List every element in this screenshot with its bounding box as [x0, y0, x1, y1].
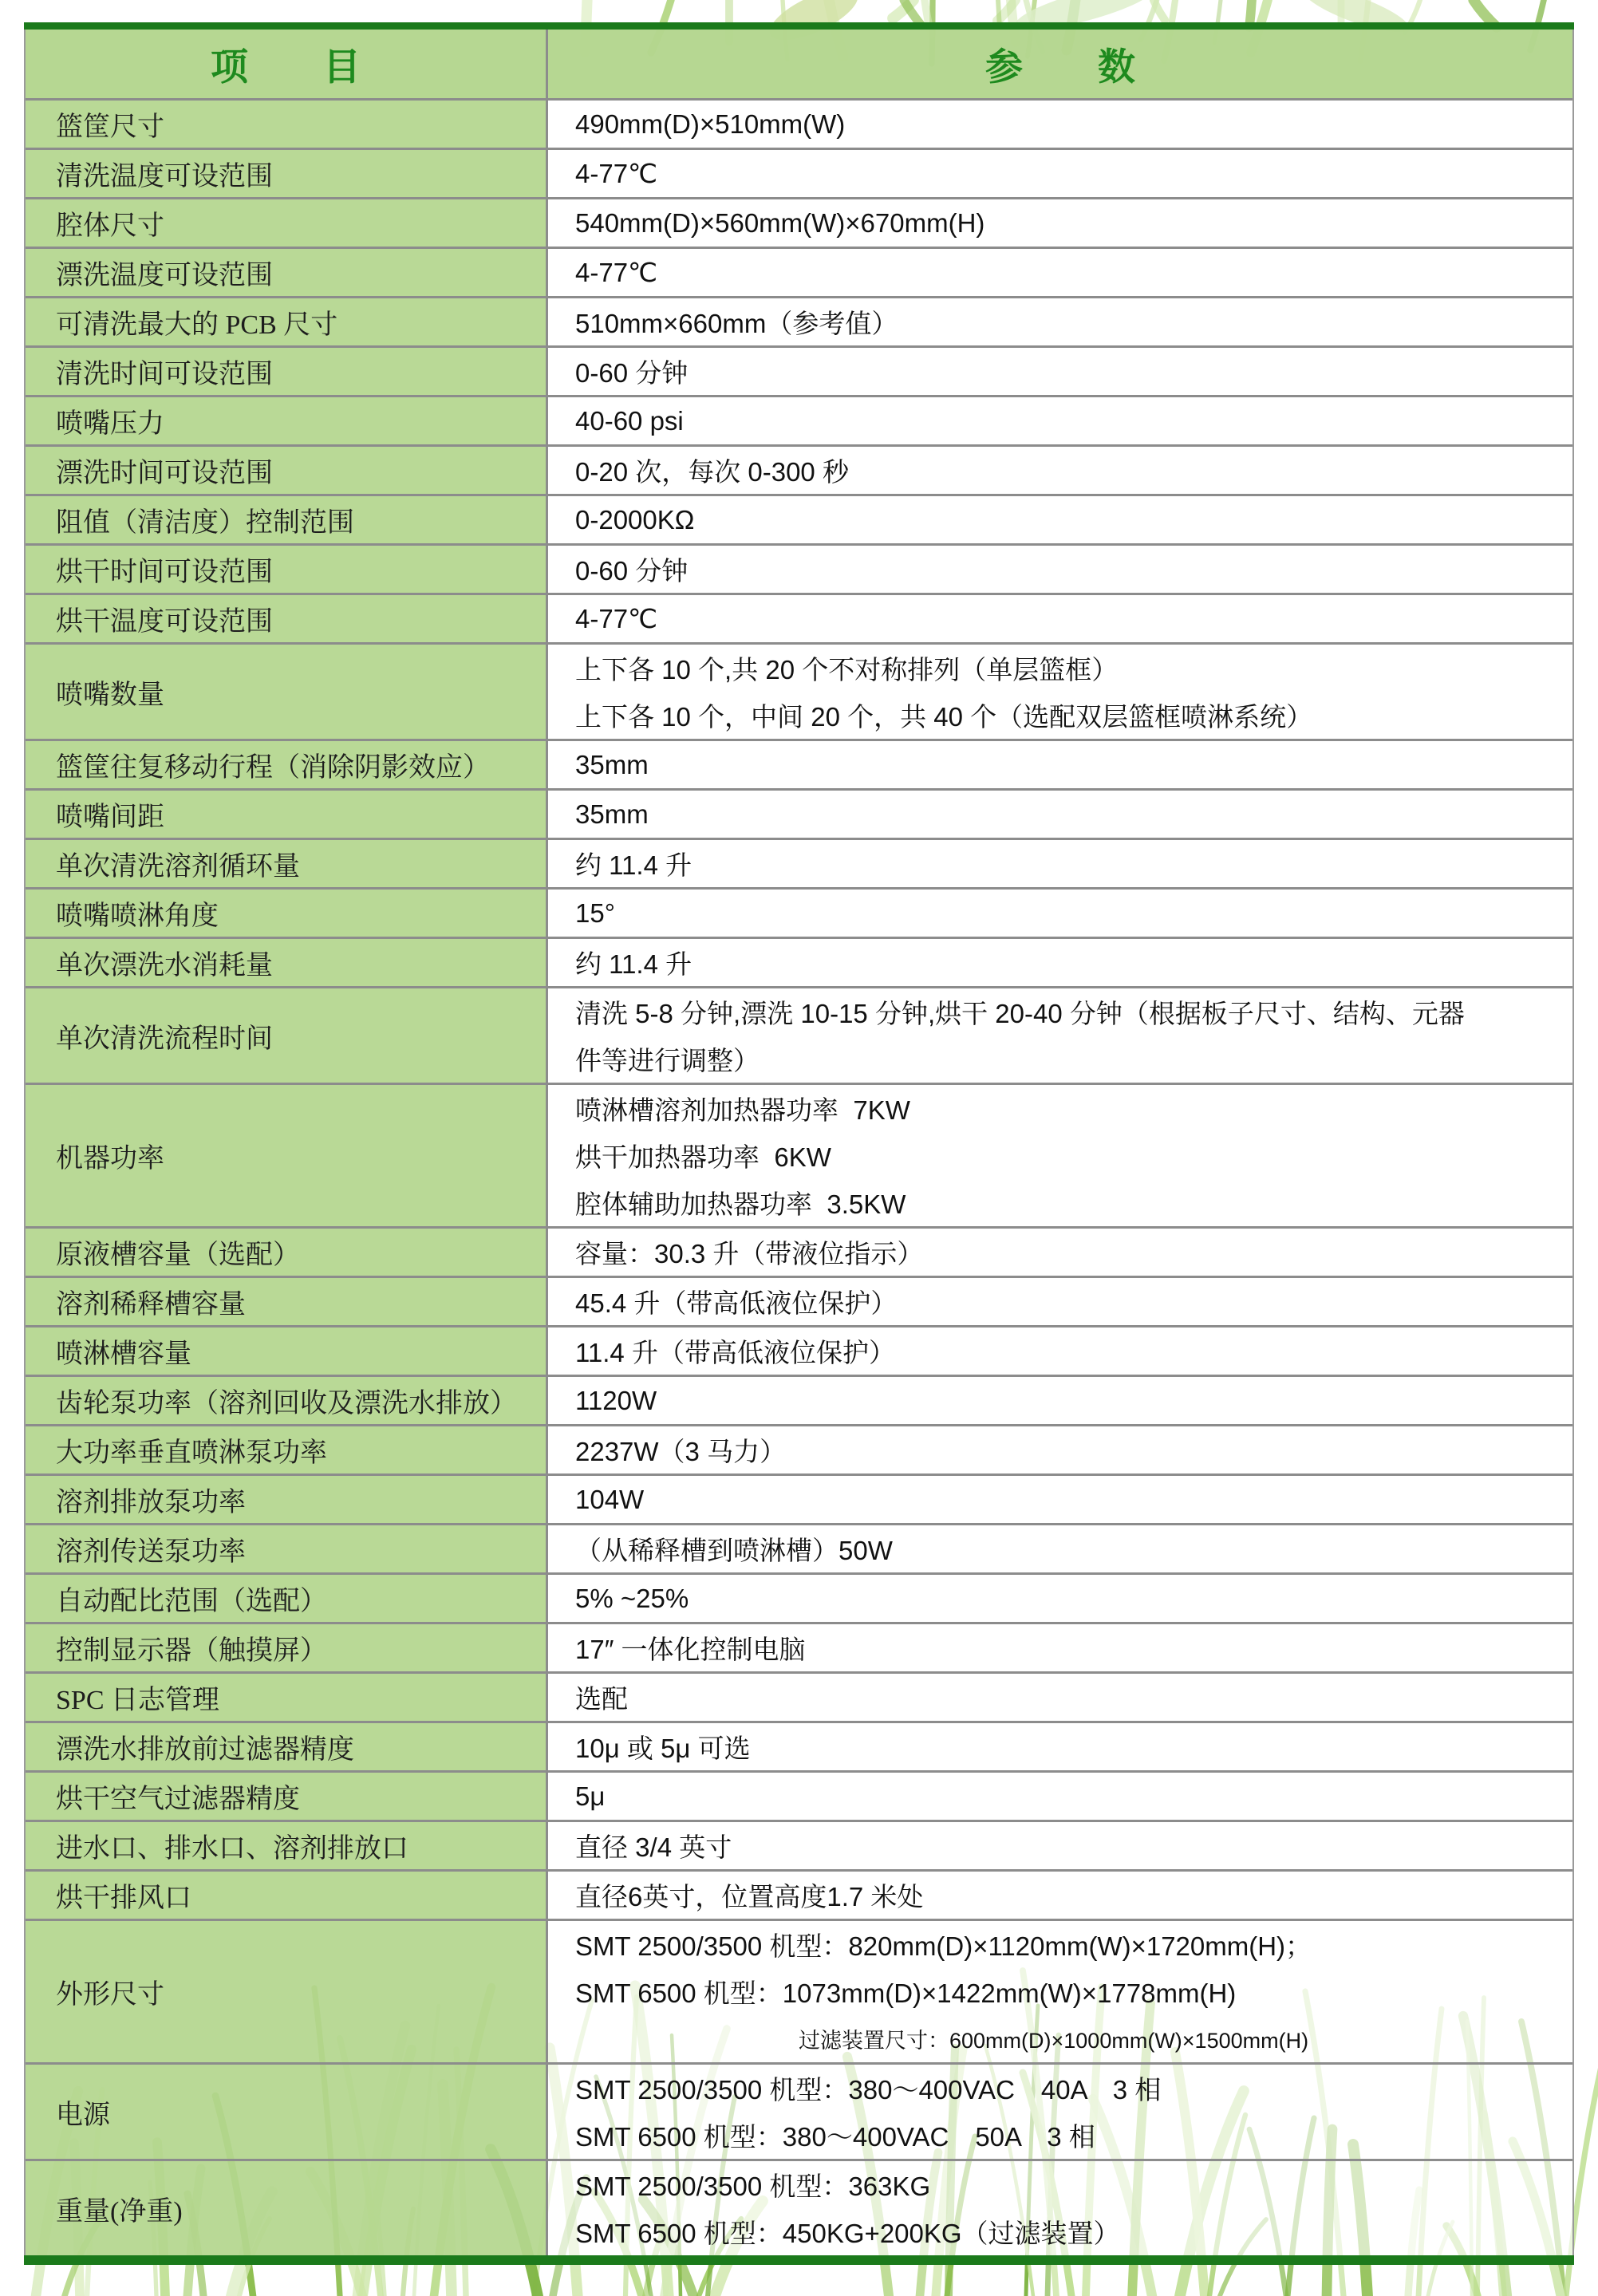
value-cell: 0-60 分钟 — [546, 543, 1572, 593]
value-line: 清洗 5-8 分钟,漂洗 10-15 分钟,烘干 20-40 分钟（根据板子尺寸… — [575, 988, 1572, 1036]
item-cell: 机器功率 — [26, 1083, 546, 1226]
header-param-cell: 参 数 — [546, 30, 1572, 98]
item-label: 漂洗水排放前过滤器精度 — [56, 1723, 546, 1770]
item-cell: 齿轮泵功率（溶剂回收及漂洗水排放） — [26, 1375, 546, 1424]
value-line: 0-60 分钟 — [575, 546, 1572, 593]
item-label: 清洗温度可设范围 — [56, 150, 546, 197]
value-cell: 清洗 5-8 分钟,漂洗 10-15 分钟,烘干 20-40 分钟（根据板子尺寸… — [546, 986, 1572, 1083]
table-row: 机器功率喷淋槽溶剂加热器功率 7KW烘干加热器功率 6KW腔体辅助加热器功率 3… — [26, 1083, 1572, 1226]
table-header-row: 项 目 参 数 — [26, 30, 1572, 98]
value-cell: 11.4 升（带高低液位保护） — [546, 1325, 1572, 1375]
value-cell: SMT 2500/3500 机型：363KGSMT 6500 机型：450KG+… — [546, 2159, 1572, 2255]
value-line: 540mm(D)×560mm(W)×670mm(H) — [575, 199, 1572, 247]
value-line: 约 11.4 升 — [575, 939, 1572, 986]
value-cell: 直径6英寸，位置高度1.7 米处 — [546, 1869, 1572, 1919]
item-cell: 喷嘴压力 — [26, 395, 546, 444]
table-row: 单次清洗流程时间清洗 5-8 分钟,漂洗 10-15 分钟,烘干 20-40 分… — [26, 986, 1572, 1083]
item-cell: 阻值（清洁度）控制范围 — [26, 494, 546, 543]
value-cell: 上下各 10 个,共 20 个不对称排列（单层篮框）上下各 10 个，中间 20… — [546, 642, 1572, 739]
value-line: 45.4 升（带高低液位保护） — [575, 1278, 1572, 1325]
value-line: 40-60 psi — [575, 397, 1572, 444]
item-label: 单次清洗溶剂循环量 — [56, 840, 546, 887]
item-label: 单次漂洗水消耗量 — [56, 939, 546, 986]
item-label: 单次清洗流程时间 — [56, 1012, 546, 1059]
item-label: 溶剂排放泵功率 — [56, 1476, 546, 1523]
item-label: 烘干时间可设范围 — [56, 546, 546, 593]
table-row: 喷嘴压力40-60 psi — [26, 395, 1572, 444]
item-label: 篮筐往复移动行程（消除阴影效应） — [56, 741, 546, 788]
value-cell: 10μ 或 5μ 可选 — [546, 1721, 1572, 1770]
spec-table: 项 目 参 数 篮筐尺寸490mm(D)×510mm(W)清洗温度可设范围4-7… — [24, 30, 1574, 2255]
value-line: （从稀释槽到喷淋槽）50W — [575, 1525, 1572, 1572]
item-cell: 漂洗温度可设范围 — [26, 247, 546, 296]
table-row: 溶剂传送泵功率（从稀释槽到喷淋槽）50W — [26, 1523, 1572, 1572]
item-label: 自动配比范围（选配） — [56, 1575, 546, 1622]
value-cell: 15° — [546, 887, 1572, 937]
item-label: 喷嘴数量 — [56, 669, 546, 716]
item-cell: 外形尺寸 — [26, 1919, 546, 2062]
spec-table-container: 项 目 参 数 篮筐尺寸490mm(D)×510mm(W)清洗温度可设范围4-7… — [24, 22, 1574, 2265]
value-cell: 4-77℃ — [546, 148, 1572, 197]
table-row: 清洗时间可设范围0-60 分钟 — [26, 345, 1572, 395]
table-row: 烘干排风口直径6英寸，位置高度1.7 米处 — [26, 1869, 1572, 1919]
item-label: 篮筐尺寸 — [56, 101, 546, 148]
value-line: 104W — [575, 1476, 1572, 1523]
item-label: 重量(净重) — [56, 2185, 546, 2232]
value-line: 0-2000KΩ — [575, 496, 1572, 543]
table-row: 大功率垂直喷淋泵功率2237W（3 马力） — [26, 1424, 1572, 1473]
item-label: 喷嘴压力 — [56, 397, 546, 444]
item-label: 清洗时间可设范围 — [56, 348, 546, 395]
value-cell: 直径 3/4 英寸 — [546, 1820, 1572, 1869]
value-cell: （从稀释槽到喷淋槽）50W — [546, 1523, 1572, 1572]
table-row: 电源SMT 2500/3500 机型：380～400VAC 40A 3 相SMT… — [26, 2062, 1572, 2159]
table-row: 烘干空气过滤器精度5μ — [26, 1770, 1572, 1820]
item-label: 漂洗时间可设范围 — [56, 447, 546, 494]
value-line: 上下各 10 个，中间 20 个，共 40 个（选配双层篮框喷淋系统） — [575, 692, 1572, 739]
table-row: 控制显示器（触摸屏）17″ 一体化控制电脑 — [26, 1622, 1572, 1671]
value-cell: 490mm(D)×510mm(W) — [546, 98, 1572, 148]
item-label: 齿轮泵功率（溶剂回收及漂洗水排放） — [56, 1377, 546, 1424]
item-label: 腔体尺寸 — [56, 199, 546, 247]
item-cell: 烘干时间可设范围 — [26, 543, 546, 593]
item-cell: 烘干温度可设范围 — [26, 593, 546, 642]
item-cell: 篮筐往复移动行程（消除阴影效应） — [26, 739, 546, 788]
item-cell: 清洗时间可设范围 — [26, 345, 546, 395]
item-cell: 控制显示器（触摸屏） — [26, 1622, 546, 1671]
item-label: 烘干温度可设范围 — [56, 595, 546, 642]
value-line: 510mm×660mm（参考值） — [575, 298, 1572, 345]
item-label: 喷嘴间距 — [56, 791, 546, 838]
value-cell: 选配 — [546, 1671, 1572, 1721]
item-cell: 单次清洗溶剂循环量 — [26, 838, 546, 887]
value-line: 直径6英寸，位置高度1.7 米处 — [575, 1872, 1572, 1919]
value-line: 35mm — [575, 791, 1572, 838]
header-item-cell: 项 目 — [26, 30, 546, 98]
item-cell: 烘干空气过滤器精度 — [26, 1770, 546, 1820]
value-note-line: 过滤装置尺寸：600mm(D)×1000mm(W)×1500mm(H) — [575, 2015, 1572, 2062]
item-cell: 喷嘴间距 — [26, 788, 546, 838]
item-label: SPC 日志管理 — [56, 1674, 546, 1721]
table-row: 喷嘴喷淋角度15° — [26, 887, 1572, 937]
table-row: 可清洗最大的 PCB 尺寸510mm×660mm（参考值） — [26, 296, 1572, 345]
value-cell: 1120W — [546, 1375, 1572, 1424]
table-row: 漂洗时间可设范围0-20 次，每次 0-300 秒 — [26, 444, 1572, 494]
table-row: 溶剂稀释槽容量45.4 升（带高低液位保护） — [26, 1276, 1572, 1325]
value-line: 1120W — [575, 1377, 1572, 1424]
value-cell: 45.4 升（带高低液位保护） — [546, 1276, 1572, 1325]
value-line: 4-77℃ — [575, 150, 1572, 197]
spec-sheet-page: 项 目 参 数 篮筐尺寸490mm(D)×510mm(W)清洗温度可设范围4-7… — [0, 0, 1598, 2296]
table-row: 漂洗水排放前过滤器精度10μ 或 5μ 可选 — [26, 1721, 1572, 1770]
value-cell: 约 11.4 升 — [546, 937, 1572, 986]
table-row: 烘干温度可设范围4-77℃ — [26, 593, 1572, 642]
item-cell: 清洗温度可设范围 — [26, 148, 546, 197]
value-line: SMT 2500/3500 机型：820mm(D)×1120mm(W)×1720… — [575, 1921, 1572, 1968]
value-cell: 2237W（3 马力） — [546, 1424, 1572, 1473]
header-param-label: 参 数 — [985, 37, 1135, 91]
item-label: 溶剂传送泵功率 — [56, 1525, 546, 1572]
value-line: 17″ 一体化控制电脑 — [575, 1624, 1572, 1671]
item-label: 原液槽容量（选配） — [56, 1229, 546, 1276]
value-cell: 40-60 psi — [546, 395, 1572, 444]
item-cell: 单次漂洗水消耗量 — [26, 937, 546, 986]
value-cell: SMT 2500/3500 机型：820mm(D)×1120mm(W)×1720… — [546, 1919, 1572, 2062]
table-row: 漂洗温度可设范围4-77℃ — [26, 247, 1572, 296]
value-cell: 0-2000KΩ — [546, 494, 1572, 543]
item-label: 阻值（清洁度）控制范围 — [56, 496, 546, 543]
item-cell: 溶剂稀释槽容量 — [26, 1276, 546, 1325]
value-cell: 17″ 一体化控制电脑 — [546, 1622, 1572, 1671]
item-label: 烘干空气过滤器精度 — [56, 1773, 546, 1820]
value-cell: 0-60 分钟 — [546, 345, 1572, 395]
bottom-accent-bar — [24, 2255, 1574, 2265]
value-line: 上下各 10 个,共 20 个不对称排列（单层篮框） — [575, 645, 1572, 692]
table-row: 腔体尺寸540mm(D)×560mm(W)×670mm(H) — [26, 197, 1572, 247]
item-cell: 电源 — [26, 2062, 546, 2159]
item-cell: 大功率垂直喷淋泵功率 — [26, 1424, 546, 1473]
value-line: SMT 6500 机型：1073mm(D)×1422mm(W)×1778mm(H… — [575, 1968, 1572, 2015]
table-row: SPC 日志管理选配 — [26, 1671, 1572, 1721]
item-label: 喷淋槽容量 — [56, 1327, 546, 1375]
value-line: 11.4 升（带高低液位保护） — [575, 1327, 1572, 1375]
item-cell: 可清洗最大的 PCB 尺寸 — [26, 296, 546, 345]
value-line: SMT 2500/3500 机型：380～400VAC 40A 3 相 — [575, 2065, 1572, 2112]
value-line: 15° — [575, 890, 1572, 937]
item-label: 烘干排风口 — [56, 1872, 546, 1919]
table-row: 重量(净重)SMT 2500/3500 机型：363KGSMT 6500 机型：… — [26, 2159, 1572, 2255]
header-item-label: 项 目 — [211, 37, 361, 91]
value-cell: 510mm×660mm（参考值） — [546, 296, 1572, 345]
item-label: 外形尺寸 — [56, 1968, 546, 2015]
value-line: 直径 3/4 英寸 — [575, 1822, 1572, 1869]
table-row: 喷嘴数量上下各 10 个,共 20 个不对称排列（单层篮框）上下各 10 个，中… — [26, 642, 1572, 739]
value-cell: 0-20 次，每次 0-300 秒 — [546, 444, 1572, 494]
table-row: 篮筐尺寸490mm(D)×510mm(W) — [26, 98, 1572, 148]
item-label: 溶剂稀释槽容量 — [56, 1278, 546, 1325]
value-cell: 104W — [546, 1473, 1572, 1523]
table-row: 单次漂洗水消耗量约 11.4 升 — [26, 937, 1572, 986]
item-cell: 烘干排风口 — [26, 1869, 546, 1919]
item-cell: SPC 日志管理 — [26, 1671, 546, 1721]
value-line: 5% ~25% — [575, 1575, 1572, 1622]
value-line: 10μ 或 5μ 可选 — [575, 1723, 1572, 1770]
table-row: 篮筐往复移动行程（消除阴影效应）35mm — [26, 739, 1572, 788]
value-line: 4-77℃ — [575, 595, 1572, 642]
item-cell: 篮筐尺寸 — [26, 98, 546, 148]
item-cell: 喷嘴喷淋角度 — [26, 887, 546, 937]
value-cell: 35mm — [546, 739, 1572, 788]
value-line: SMT 6500 机型：380～400VAC 50A 3 相 — [575, 2112, 1572, 2159]
value-cell: 容量：30.3 升（带液位指示） — [546, 1226, 1572, 1276]
value-line: 容量：30.3 升（带液位指示） — [575, 1229, 1572, 1276]
table-row: 清洗温度可设范围4-77℃ — [26, 148, 1572, 197]
value-line: 35mm — [575, 741, 1572, 788]
item-label: 控制显示器（触摸屏） — [56, 1624, 546, 1671]
value-line: 约 11.4 升 — [575, 840, 1572, 887]
table-row: 进水口、排水口、溶剂排放口直径 3/4 英寸 — [26, 1820, 1572, 1869]
value-line: 5μ — [575, 1773, 1572, 1820]
value-cell: 5μ — [546, 1770, 1572, 1820]
item-cell: 溶剂排放泵功率 — [26, 1473, 546, 1523]
value-line: 0-20 次，每次 0-300 秒 — [575, 447, 1572, 494]
item-cell: 漂洗时间可设范围 — [26, 444, 546, 494]
value-cell: 5% ~25% — [546, 1572, 1572, 1622]
table-row: 喷嘴间距35mm — [26, 788, 1572, 838]
value-cell: 喷淋槽溶剂加热器功率 7KW烘干加热器功率 6KW腔体辅助加热器功率 3.5KW — [546, 1083, 1572, 1226]
value-line: 选配 — [575, 1674, 1572, 1721]
item-cell: 喷淋槽容量 — [26, 1325, 546, 1375]
table-row: 外形尺寸SMT 2500/3500 机型：820mm(D)×1120mm(W)×… — [26, 1919, 1572, 2062]
value-line: 烘干加热器功率 6KW — [575, 1132, 1572, 1179]
table-row: 烘干时间可设范围0-60 分钟 — [26, 543, 1572, 593]
value-line: 腔体辅助加热器功率 3.5KW — [575, 1179, 1572, 1226]
item-cell: 重量(净重) — [26, 2159, 546, 2255]
value-cell: 4-77℃ — [546, 593, 1572, 642]
item-label: 大功率垂直喷淋泵功率 — [56, 1426, 546, 1473]
item-label: 电源 — [56, 2089, 546, 2136]
item-label: 机器功率 — [56, 1132, 546, 1179]
table-row: 自动配比范围（选配）5% ~25% — [26, 1572, 1572, 1622]
item-cell: 溶剂传送泵功率 — [26, 1523, 546, 1572]
value-line: 4-77℃ — [575, 249, 1572, 296]
item-label: 漂洗温度可设范围 — [56, 249, 546, 296]
value-line: 0-60 分钟 — [575, 348, 1572, 395]
table-row: 喷淋槽容量11.4 升（带高低液位保护） — [26, 1325, 1572, 1375]
value-cell: SMT 2500/3500 机型：380～400VAC 40A 3 相SMT 6… — [546, 2062, 1572, 2159]
item-label: 喷嘴喷淋角度 — [56, 890, 546, 937]
item-cell: 漂洗水排放前过滤器精度 — [26, 1721, 546, 1770]
value-line: 喷淋槽溶剂加热器功率 7KW — [575, 1085, 1572, 1132]
value-cell: 35mm — [546, 788, 1572, 838]
table-row: 溶剂排放泵功率104W — [26, 1473, 1572, 1523]
top-accent-bar — [24, 22, 1574, 30]
item-cell: 喷嘴数量 — [26, 642, 546, 739]
value-cell: 4-77℃ — [546, 247, 1572, 296]
item-cell: 进水口、排水口、溶剂排放口 — [26, 1820, 546, 1869]
value-line: 件等进行调整） — [575, 1036, 1572, 1083]
item-cell: 单次清洗流程时间 — [26, 986, 546, 1083]
value-cell: 约 11.4 升 — [546, 838, 1572, 887]
value-line: 490mm(D)×510mm(W) — [575, 101, 1572, 148]
item-label: 可清洗最大的 PCB 尺寸 — [56, 298, 546, 345]
item-label: 进水口、排水口、溶剂排放口 — [56, 1822, 546, 1869]
item-cell: 自动配比范围（选配） — [26, 1572, 546, 1622]
value-line: 2237W（3 马力） — [575, 1426, 1572, 1473]
item-cell: 腔体尺寸 — [26, 197, 546, 247]
table-row: 单次清洗溶剂循环量约 11.4 升 — [26, 838, 1572, 887]
table-row: 阻值（清洁度）控制范围0-2000KΩ — [26, 494, 1572, 543]
value-cell: 540mm(D)×560mm(W)×670mm(H) — [546, 197, 1572, 247]
value-line: SMT 6500 机型：450KG+200KG（过滤装置） — [575, 2208, 1572, 2255]
value-line: SMT 2500/3500 机型：363KG — [575, 2161, 1572, 2208]
table-row: 原液槽容量（选配）容量：30.3 升（带液位指示） — [26, 1226, 1572, 1276]
table-row: 齿轮泵功率（溶剂回收及漂洗水排放）1120W — [26, 1375, 1572, 1424]
item-cell: 原液槽容量（选配） — [26, 1226, 546, 1276]
